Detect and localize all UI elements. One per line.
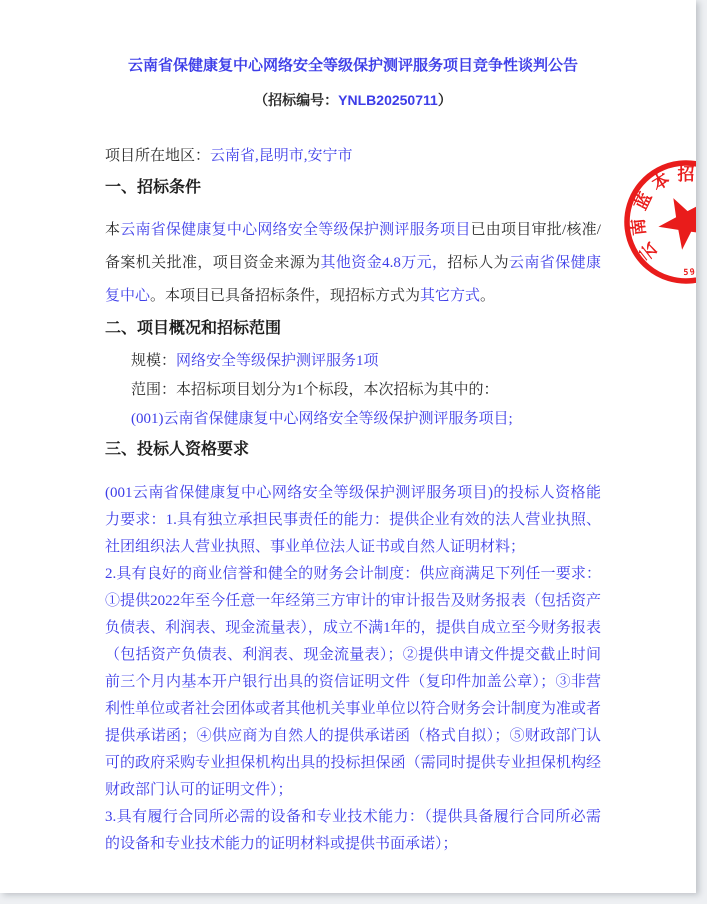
text-run: 网络安全等级保护测评服务1项 — [176, 353, 379, 369]
text-run: ） — [438, 92, 452, 108]
stamp-star-icon — [650, 186, 696, 255]
qualification-paragraph-3: 3.具有履行合同所必需的设备和专业技术能力：（提供具备履行合同所必需的设备和专业… — [105, 804, 601, 858]
scope-line: 范围：本招标项目划分为1个标段，本次招标为其中的： — [105, 376, 601, 405]
stamp-char: 南 — [627, 218, 649, 237]
text-run: （招标编号： — [254, 92, 338, 108]
text-run: 本 — [105, 222, 120, 238]
section-heading-project-overview: 二、项目概况和招标范围 — [105, 317, 601, 341]
text-run: 范围：本招标项目划分为1个标段，本次招标为其中的： — [131, 382, 499, 398]
text-run: 规模： — [131, 353, 176, 369]
red-seal-stamp-icon: 云 南 蓝 本 招 标 5901000 — [591, 127, 696, 316]
section-heading-tender-conditions: 一、招标条件 — [105, 176, 601, 200]
text-run: 。本项目已具备招标条件，现招标方式为 — [150, 288, 420, 304]
project-overview-block: 规模：网络安全等级保护测评服务1项 范围：本招标项目划分为1个标段，本次招标为其… — [105, 347, 601, 434]
qualification-paragraph-1: (001云南省保健康复中心网络安全等级保护测评服务项目)的投标人资格能力要求：1… — [105, 480, 601, 561]
text-run: 2.具有良好的商业信誉和健全的财务会计制度：供应商满足下列任一要求：①提供202… — [105, 566, 601, 798]
section-heading-bidder-qualification: 三、投标人资格要求 — [105, 438, 601, 462]
text-run: 3.具有履行合同所必需的设备和专业技术能力：（提供具备履行合同所必需的设备和专业… — [105, 809, 601, 852]
text-run: 云南省,昆明市,安宁市 — [210, 148, 353, 164]
page-title: 云南省保健康复中心网络安全等级保护测评服务项目竞争性谈判公告 — [105, 55, 601, 77]
text-run: 招标人为 — [447, 255, 509, 271]
tender-number-line: （招标编号：YNLB20250711） — [105, 90, 601, 110]
text-run: 其它方式 — [420, 288, 480, 304]
text-run: YNLB20250711 — [338, 92, 438, 108]
project-location-line: 项目所在地区：云南省,昆明市,安宁市 — [105, 144, 601, 168]
qualification-paragraph-2: 2.具有良好的商业信誉和健全的财务会计制度：供应商满足下列任一要求：①提供202… — [105, 561, 601, 804]
text-run: 项目所在地区： — [105, 148, 210, 164]
stamp-char: 招 — [677, 164, 695, 184]
text-run: 其他资金4.8万元， — [321, 255, 448, 271]
document-page: 云南省保健康复中心网络安全等级保护测评服务项目竞争性谈判公告 （招标编号：YNL… — [0, 0, 696, 893]
text-run: (001云南省保健康复中心网络安全等级保护测评服务项目)的投标人资格能力要求：1… — [105, 485, 601, 555]
tender-conditions-paragraph: 本云南省保健康复中心网络安全等级保护测评服务项目已由项目审批/核准/备案机关批准… — [105, 214, 601, 313]
lot-line: (001)云南省保健康复中心网络安全等级保护测评服务项目; — [105, 405, 601, 434]
text-run: 云南省保健康复中心网络安全等级保护测评服务项目 — [120, 222, 470, 238]
text-run: 。 — [480, 288, 495, 304]
scale-line: 规模：网络安全等级保护测评服务1项 — [105, 347, 601, 376]
text-run: (001)云南省保健康复中心网络安全等级保护测评服务项目; — [131, 411, 513, 427]
